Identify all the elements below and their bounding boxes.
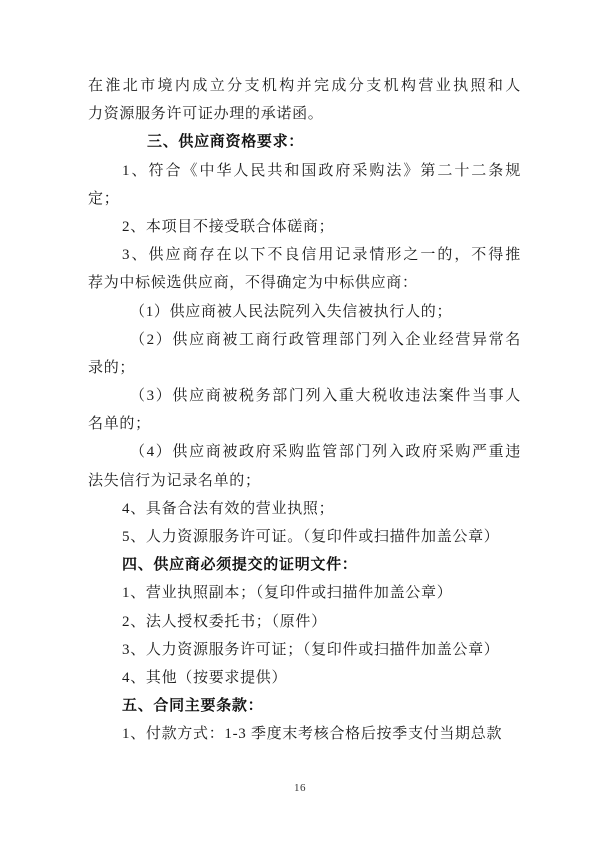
subitem-bad-credit-1: （1）供应商被人民法院列入失信被执行人的； xyxy=(88,298,521,326)
section-heading-text: 四、供应商必须提交的证明文件： xyxy=(88,551,521,579)
item-document-3: 3、人力资源服务许可证；（复印件或扫描件加盖公章） xyxy=(88,636,521,664)
text-line: 在淮北市境内成立分支机构并完成分支机构营业执照和人 xyxy=(88,72,521,100)
text-line: 1、付款方式：1-3 季度末考核合格后按季支付当期总款 xyxy=(88,720,521,748)
text-line: （3）供应商被税务部门列入重大税收违法案件当事人 xyxy=(88,382,521,410)
item-qualification-1: 1、符合《中华人民共和国政府采购法》第二十二条规 定； xyxy=(88,157,521,213)
item-qualification-4: 4、具备合法有效的营业执照； xyxy=(88,495,521,523)
item-document-2: 2、法人授权委托书；（原件） xyxy=(88,608,521,636)
document-page: 在淮北市境内成立分支机构并完成分支机构营业执照和人 力资源服务许可证办理的承诺函… xyxy=(0,0,600,848)
text-line: 4、其他（按要求提供） xyxy=(88,664,521,692)
text-line: （1）供应商被人民法院列入失信被执行人的； xyxy=(88,298,521,326)
text-line: 2、本项目不接受联合体磋商； xyxy=(88,213,521,241)
paragraph-branch-commitment: 在淮北市境内成立分支机构并完成分支机构营业执照和人 力资源服务许可证办理的承诺函… xyxy=(88,72,521,128)
page-number: 16 xyxy=(0,782,600,794)
text-line: 荐为中标候选供应商，不得确定为中标供应商： xyxy=(88,269,521,297)
item-qualification-3: 3、供应商存在以下不良信用记录情形之一的，不得推 荐为中标候选供应商，不得确定为… xyxy=(88,241,521,297)
text-line: （4）供应商被政府采购监管部门列入政府采购严重违 xyxy=(88,438,521,466)
subitem-bad-credit-4: （4）供应商被政府采购监管部门列入政府采购严重违 法失信行为记录名单的； xyxy=(88,438,521,494)
item-qualification-2: 2、本项目不接受联合体磋商； xyxy=(88,213,521,241)
item-qualification-5: 5、人力资源服务许可证。（复印件或扫描件加盖公章） xyxy=(88,523,521,551)
text-line: 1、符合《中华人民共和国政府采购法》第二十二条规 xyxy=(88,157,521,185)
text-line: （2）供应商被工商行政管理部门列入企业经营异常名 xyxy=(88,326,521,354)
section-heading-text: 三、供应商资格要求： xyxy=(88,128,521,156)
heading-section-5-contract-terms: 五、合同主要条款： xyxy=(88,692,521,720)
item-document-1: 1、营业执照副本；（复印件或扫描件加盖公章） xyxy=(88,579,521,607)
text-line: 力资源服务许可证办理的承诺函。 xyxy=(88,100,521,128)
text-line: 1、营业执照副本；（复印件或扫描件加盖公章） xyxy=(88,579,521,607)
subitem-bad-credit-3: （3）供应商被税务部门列入重大税收违法案件当事人 名单的； xyxy=(88,382,521,438)
item-contract-payment: 1、付款方式：1-3 季度末考核合格后按季支付当期总款 xyxy=(88,720,521,748)
item-document-4: 4、其他（按要求提供） xyxy=(88,664,521,692)
subitem-bad-credit-2: （2）供应商被工商行政管理部门列入企业经营异常名 录的； xyxy=(88,326,521,382)
heading-section-3-supplier-qualification: 三、供应商资格要求： xyxy=(88,128,521,156)
document-body: 在淮北市境内成立分支机构并完成分支机构营业执照和人 力资源服务许可证办理的承诺函… xyxy=(88,72,521,749)
text-line: 5、人力资源服务许可证。（复印件或扫描件加盖公章） xyxy=(88,523,521,551)
text-line: 2、法人授权委托书；（原件） xyxy=(88,608,521,636)
text-line: 名单的； xyxy=(88,410,521,438)
text-line: 定； xyxy=(88,185,521,213)
heading-section-4-required-documents: 四、供应商必须提交的证明文件： xyxy=(88,551,521,579)
text-line: 录的； xyxy=(88,354,521,382)
text-line: 3、人力资源服务许可证；（复印件或扫描件加盖公章） xyxy=(88,636,521,664)
section-heading-text: 五、合同主要条款： xyxy=(88,692,521,720)
text-line: 法失信行为记录名单的； xyxy=(88,467,521,495)
text-line: 4、具备合法有效的营业执照； xyxy=(88,495,521,523)
text-line: 3、供应商存在以下不良信用记录情形之一的，不得推 xyxy=(88,241,521,269)
